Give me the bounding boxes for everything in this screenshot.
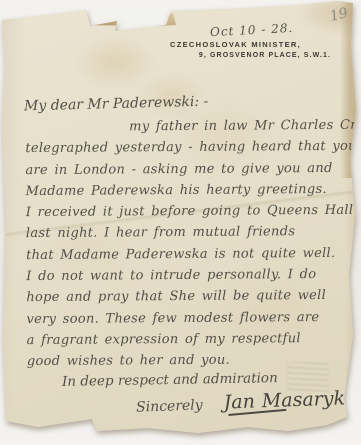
body-line: last night. I hear from mutual friends (26, 224, 332, 247)
torn-right-edge-soft (345, 150, 359, 420)
torn-flap (118, 13, 176, 28)
letterhead-address: 9, GROSVENOR PLACE, S.W.1. (199, 52, 331, 59)
signoff: Sincerely (136, 397, 203, 415)
body-line: that Madame Paderewska is not quite well… (26, 246, 332, 269)
closing-line: In deep respect and admiration (62, 370, 278, 390)
body-line: hope and pray that She will be quite wel… (26, 288, 332, 311)
letter-paper: 19 Oct 10 - 28. CZECHOSLOVAK MINISTER, 9… (0, 0, 361, 445)
photographed-letter: 19 Oct 10 - 28. CZECHOSLOVAK MINISTER, 9… (0, 0, 361, 445)
signature-row: Sincerely JanMasaryk (136, 387, 346, 416)
salutation: My dear Mr Paderewski: - (24, 94, 209, 115)
signature: JanMasaryk (223, 387, 345, 413)
body-line: telegraphed yesterday - having heard tha… (25, 139, 331, 162)
body-line: are in London - asking me to give you an… (25, 161, 331, 184)
body-line: very soon. These few modest flowers are (26, 310, 332, 333)
torn-flap (87, 10, 149, 26)
body-line: Madame Paderewska his hearty greetings. (26, 182, 332, 205)
body-line: I received it just before going to Queen… (26, 203, 332, 226)
paper-shadow: 19 Oct 10 - 28. CZECHOSLOVAK MINISTER, 9… (0, 0, 361, 445)
body-line: I do not want to intrude personally. I d… (26, 267, 332, 290)
body-line: a fragrant expression of my respectful (27, 331, 333, 354)
signature-last: Masaryk (261, 387, 345, 412)
letter-body: my father in law Mr Charles Crane telegr… (25, 118, 333, 376)
handwritten-date: Oct 10 - 28. (209, 21, 293, 39)
letterhead-title: CZECHOSLOVAK MINISTER, (170, 40, 301, 49)
body-line: my father in law Mr Charles Crane (25, 118, 331, 141)
signature-first: Jan (223, 391, 255, 414)
